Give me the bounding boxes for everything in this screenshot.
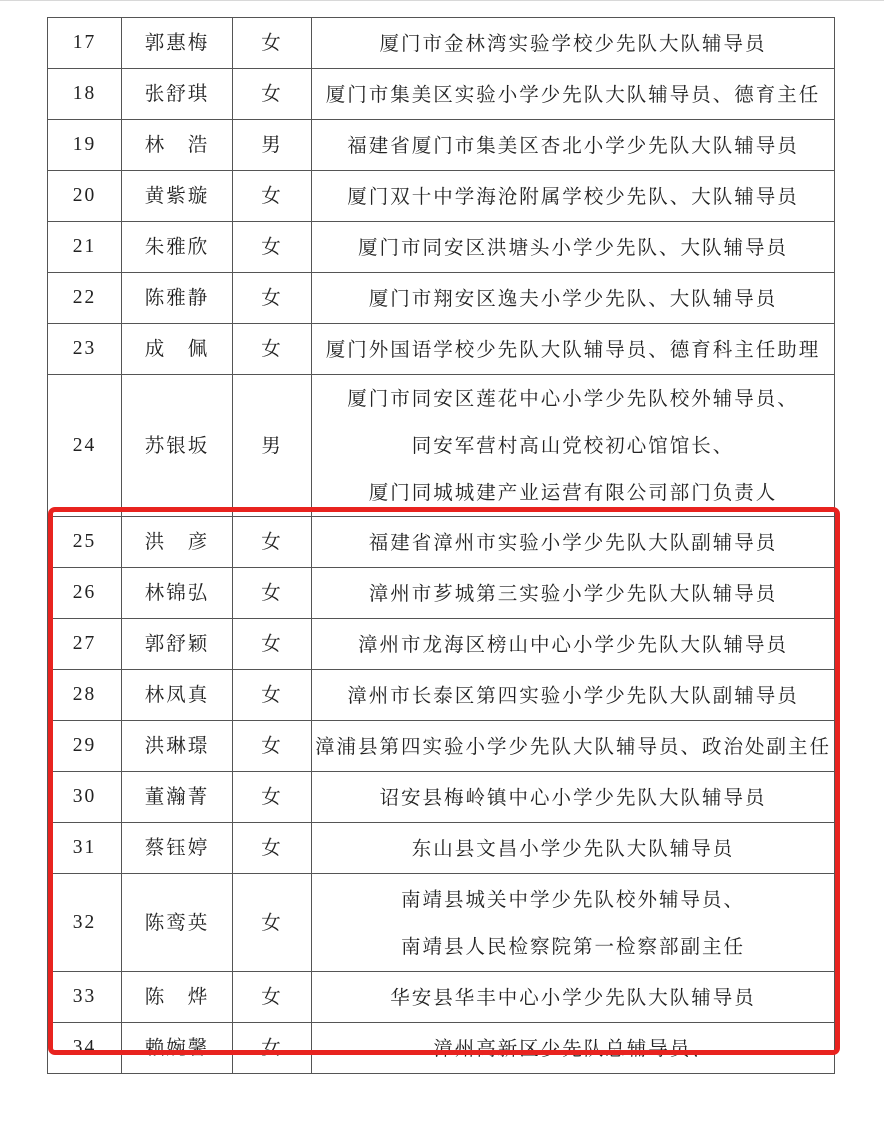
gender: 女 bbox=[233, 619, 312, 670]
table-row: 30董瀚菁女诏安县梅岭镇中心小学少先队大队辅导员 bbox=[48, 772, 835, 823]
position-line: 福建省厦门市集美区杏北小学少先队大队辅导员 bbox=[312, 122, 834, 169]
person-name: 林凤真 bbox=[122, 670, 233, 721]
table-row: 19林 浩男福建省厦门市集美区杏北小学少先队大队辅导员 bbox=[48, 120, 835, 171]
position-title: 东山县文昌小学少先队大队辅导员 bbox=[312, 823, 835, 874]
person-name: 洪 彦 bbox=[122, 517, 233, 568]
gender: 女 bbox=[233, 1023, 312, 1074]
gender: 女 bbox=[233, 69, 312, 120]
person-name: 朱雅欣 bbox=[122, 222, 233, 273]
row-number: 31 bbox=[48, 823, 122, 874]
position-line: 华安县华丰中心小学少先队大队辅导员 bbox=[312, 974, 834, 1021]
gender: 女 bbox=[233, 823, 312, 874]
row-number: 34 bbox=[48, 1023, 122, 1074]
table-row: 34赖婉馨女漳州高新区少先队总辅导员、 bbox=[48, 1023, 835, 1074]
position-title: 厦门市金林湾实验学校少先队大队辅导员 bbox=[312, 18, 835, 69]
position-title: 厦门市集美区实验小学少先队大队辅导员、德育主任 bbox=[312, 69, 835, 120]
person-name: 陈雅静 bbox=[122, 273, 233, 324]
position-line: 厦门双十中学海沧附属学校少先队、大队辅导员 bbox=[312, 173, 834, 220]
position-line: 厦门市翔安区逸夫小学少先队、大队辅导员 bbox=[312, 275, 834, 322]
position-title: 漳州市芗城第三实验小学少先队大队辅导员 bbox=[312, 568, 835, 619]
row-number: 30 bbox=[48, 772, 122, 823]
position-title: 南靖县城关中学少先队校外辅导员、南靖县人民检察院第一检察部副主任 bbox=[312, 874, 835, 972]
position-line: 厦门市同安区莲花中心小学少先队校外辅导员、 bbox=[312, 375, 834, 422]
table-row: 28林凤真女漳州市长泰区第四实验小学少先队大队副辅导员 bbox=[48, 670, 835, 721]
position-title: 漳州高新区少先队总辅导员、 bbox=[312, 1023, 835, 1074]
person-name: 郭惠梅 bbox=[122, 18, 233, 69]
position-line: 诏安县梅岭镇中心小学少先队大队辅导员 bbox=[312, 774, 834, 821]
person-name: 陈 烨 bbox=[122, 972, 233, 1023]
position-title: 华安县华丰中心小学少先队大队辅导员 bbox=[312, 972, 835, 1023]
row-number: 22 bbox=[48, 273, 122, 324]
row-number: 21 bbox=[48, 222, 122, 273]
position-title: 漳浦县第四实验小学少先队大队辅导员、政治处副主任 bbox=[312, 721, 835, 772]
person-name: 郭舒颖 bbox=[122, 619, 233, 670]
position-title: 厦门市翔安区逸夫小学少先队、大队辅导员 bbox=[312, 273, 835, 324]
position-line: 南靖县城关中学少先队校外辅导员、 bbox=[312, 876, 834, 923]
position-line: 福建省漳州市实验小学少先队大队副辅导员 bbox=[312, 519, 834, 566]
person-name: 陈鸾英 bbox=[122, 874, 233, 972]
table-row: 26林锦弘女漳州市芗城第三实验小学少先队大队辅导员 bbox=[48, 568, 835, 619]
position-title: 厦门市同安区莲花中心小学少先队校外辅导员、同安军营村高山党校初心馆馆长、厦门同城… bbox=[312, 375, 835, 517]
row-number: 32 bbox=[48, 874, 122, 972]
row-number: 20 bbox=[48, 171, 122, 222]
gender: 女 bbox=[233, 273, 312, 324]
position-line: 漳州市龙海区榜山中心小学少先队大队辅导员 bbox=[312, 621, 834, 668]
gender: 女 bbox=[233, 517, 312, 568]
position-line: 厦门同城城建产业运营有限公司部门负责人 bbox=[312, 469, 834, 516]
table-row: 18张舒琪女厦门市集美区实验小学少先队大队辅导员、德育主任 bbox=[48, 69, 835, 120]
roster-table-body: 17郭惠梅女厦门市金林湾实验学校少先队大队辅导员18张舒琪女厦门市集美区实验小学… bbox=[48, 18, 835, 1074]
position-line: 南靖县人民检察院第一检察部副主任 bbox=[312, 923, 834, 970]
position-line: 东山县文昌小学少先队大队辅导员 bbox=[312, 825, 834, 872]
row-number: 33 bbox=[48, 972, 122, 1023]
row-number: 27 bbox=[48, 619, 122, 670]
table-row: 29洪琳璟女漳浦县第四实验小学少先队大队辅导员、政治处副主任 bbox=[48, 721, 835, 772]
gender: 男 bbox=[233, 375, 312, 517]
position-title: 福建省漳州市实验小学少先队大队副辅导员 bbox=[312, 517, 835, 568]
person-name: 洪琳璟 bbox=[122, 721, 233, 772]
gender: 男 bbox=[233, 120, 312, 171]
person-name: 林锦弘 bbox=[122, 568, 233, 619]
person-name: 成 佩 bbox=[122, 324, 233, 375]
person-name: 蔡钰婷 bbox=[122, 823, 233, 874]
position-title: 诏安县梅岭镇中心小学少先队大队辅导员 bbox=[312, 772, 835, 823]
row-number: 23 bbox=[48, 324, 122, 375]
position-title: 福建省厦门市集美区杏北小学少先队大队辅导员 bbox=[312, 120, 835, 171]
page-top-edge bbox=[0, 0, 884, 1]
gender: 女 bbox=[233, 670, 312, 721]
roster-table: 17郭惠梅女厦门市金林湾实验学校少先队大队辅导员18张舒琪女厦门市集美区实验小学… bbox=[47, 17, 835, 1074]
table-row: 24苏银坂男厦门市同安区莲花中心小学少先队校外辅导员、同安军营村高山党校初心馆馆… bbox=[48, 375, 835, 517]
position-title: 厦门市同安区洪塘头小学少先队、大队辅导员 bbox=[312, 222, 835, 273]
row-number: 17 bbox=[48, 18, 122, 69]
person-name: 董瀚菁 bbox=[122, 772, 233, 823]
table-row: 27郭舒颖女漳州市龙海区榜山中心小学少先队大队辅导员 bbox=[48, 619, 835, 670]
row-number: 18 bbox=[48, 69, 122, 120]
position-line: 厦门外国语学校少先队大队辅导员、德育科主任助理 bbox=[312, 326, 834, 373]
person-name: 苏银坂 bbox=[122, 375, 233, 517]
gender: 女 bbox=[233, 171, 312, 222]
position-line: 同安军营村高山党校初心馆馆长、 bbox=[312, 422, 834, 469]
position-line: 厦门市同安区洪塘头小学少先队、大队辅导员 bbox=[312, 224, 834, 271]
row-number: 24 bbox=[48, 375, 122, 517]
row-number: 29 bbox=[48, 721, 122, 772]
position-line: 漳州高新区少先队总辅导员、 bbox=[312, 1025, 834, 1072]
position-title: 漳州市长泰区第四实验小学少先队大队副辅导员 bbox=[312, 670, 835, 721]
gender: 女 bbox=[233, 874, 312, 972]
table-row: 17郭惠梅女厦门市金林湾实验学校少先队大队辅导员 bbox=[48, 18, 835, 69]
person-name: 张舒琪 bbox=[122, 69, 233, 120]
row-number: 26 bbox=[48, 568, 122, 619]
table-row: 31蔡钰婷女东山县文昌小学少先队大队辅导员 bbox=[48, 823, 835, 874]
position-line: 漳州市芗城第三实验小学少先队大队辅导员 bbox=[312, 570, 834, 617]
position-line: 漳浦县第四实验小学少先队大队辅导员、政治处副主任 bbox=[312, 723, 834, 770]
position-line: 厦门市集美区实验小学少先队大队辅导员、德育主任 bbox=[312, 71, 834, 118]
position-line: 漳州市长泰区第四实验小学少先队大队副辅导员 bbox=[312, 672, 834, 719]
gender: 女 bbox=[233, 721, 312, 772]
row-number: 25 bbox=[48, 517, 122, 568]
table-row: 33陈 烨女华安县华丰中心小学少先队大队辅导员 bbox=[48, 972, 835, 1023]
person-name: 黄紫璇 bbox=[122, 171, 233, 222]
gender: 女 bbox=[233, 18, 312, 69]
position-title: 厦门外国语学校少先队大队辅导员、德育科主任助理 bbox=[312, 324, 835, 375]
row-number: 28 bbox=[48, 670, 122, 721]
table-row: 22陈雅静女厦门市翔安区逸夫小学少先队、大队辅导员 bbox=[48, 273, 835, 324]
gender: 女 bbox=[233, 568, 312, 619]
gender: 女 bbox=[233, 324, 312, 375]
table-row: 23成 佩女厦门外国语学校少先队大队辅导员、德育科主任助理 bbox=[48, 324, 835, 375]
table-row: 20黄紫璇女厦门双十中学海沧附属学校少先队、大队辅导员 bbox=[48, 171, 835, 222]
row-number: 19 bbox=[48, 120, 122, 171]
gender: 女 bbox=[233, 772, 312, 823]
gender: 女 bbox=[233, 972, 312, 1023]
person-name: 林 浩 bbox=[122, 120, 233, 171]
table-row: 21朱雅欣女厦门市同安区洪塘头小学少先队、大队辅导员 bbox=[48, 222, 835, 273]
position-title: 厦门双十中学海沧附属学校少先队、大队辅导员 bbox=[312, 171, 835, 222]
person-name: 赖婉馨 bbox=[122, 1023, 233, 1074]
position-title: 漳州市龙海区榜山中心小学少先队大队辅导员 bbox=[312, 619, 835, 670]
table-row: 25洪 彦女福建省漳州市实验小学少先队大队副辅导员 bbox=[48, 517, 835, 568]
gender: 女 bbox=[233, 222, 312, 273]
position-line: 厦门市金林湾实验学校少先队大队辅导员 bbox=[312, 20, 834, 67]
table-row: 32陈鸾英女南靖县城关中学少先队校外辅导员、南靖县人民检察院第一检察部副主任 bbox=[48, 874, 835, 972]
